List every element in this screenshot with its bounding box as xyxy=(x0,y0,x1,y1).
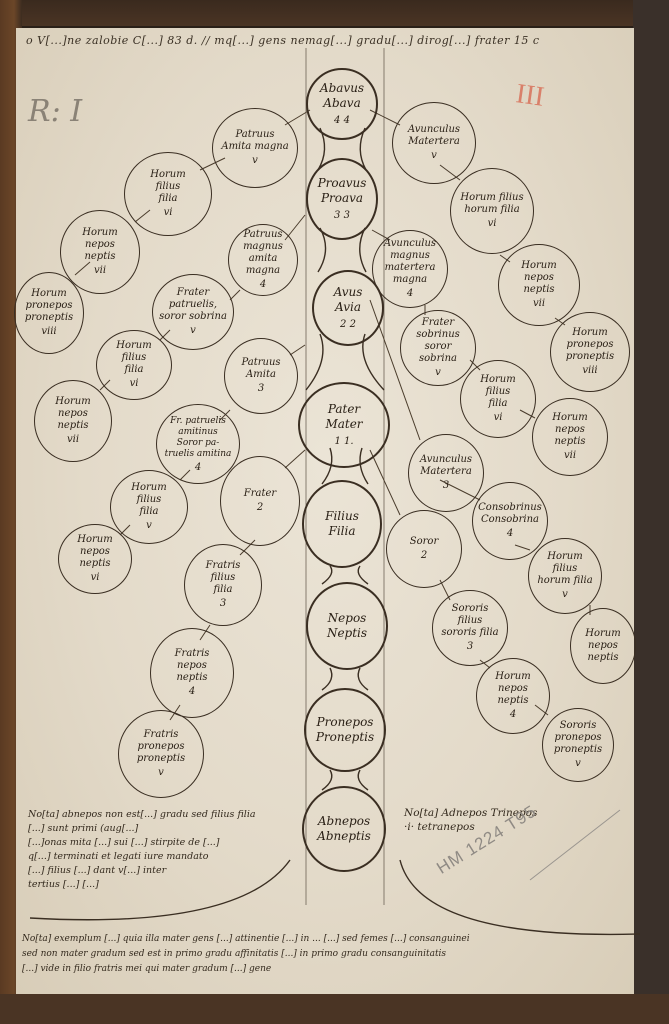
node-label: pronepos xyxy=(554,732,601,744)
node-right-8[interactable]: Avunculus Matertera 3 xyxy=(408,434,484,512)
node-nepos[interactable]: Nepos Neptis xyxy=(306,582,388,670)
degree-number: v xyxy=(158,767,164,779)
degree-number: vi xyxy=(488,218,497,230)
node-label: magna xyxy=(246,265,280,277)
node-label: neptis xyxy=(523,284,554,296)
node-label: horum filia xyxy=(464,204,519,216)
degree-number: vii xyxy=(67,434,79,446)
degree-number: 4 xyxy=(189,686,195,698)
degree-number: vi xyxy=(494,412,503,424)
degree-number: vii xyxy=(94,265,106,277)
node-label: Horum filius xyxy=(460,192,523,204)
node-abnepos[interactable]: Abnepos Abneptis xyxy=(302,786,386,872)
node-label: Proneptis xyxy=(316,730,374,745)
node-label: Abava xyxy=(323,96,360,111)
node-label: Abneptis xyxy=(317,829,371,844)
degree-number: 4 xyxy=(507,528,513,540)
note-line: q[...] terminati et legati iure mandato xyxy=(28,850,298,864)
node-label: neptis xyxy=(57,420,88,432)
node-label: Frater xyxy=(244,488,276,500)
degree-number: v xyxy=(562,589,568,601)
note-line: [...]onas mita [...] sui [...] stirpite … xyxy=(28,836,298,850)
node-label: Matertera xyxy=(420,466,472,478)
node-label: filius xyxy=(122,352,147,364)
node-right-7[interactable]: Horum nepos neptis vii xyxy=(532,398,608,476)
node-label: Abnepos xyxy=(318,814,370,829)
node-label: filius xyxy=(553,563,578,575)
node-label: Amita xyxy=(246,369,276,381)
node-label: nepos xyxy=(555,424,585,436)
node-label: sobrina xyxy=(419,353,457,365)
degree-number: 3 xyxy=(220,598,226,610)
node-label: Avunculus xyxy=(384,238,436,250)
node-label: Fratris xyxy=(144,729,179,741)
node-proavus[interactable]: Proavus Proava 3 3 xyxy=(306,158,378,240)
node-label: filia xyxy=(213,584,232,596)
node-label: Soror xyxy=(410,536,438,548)
node-label: Horum xyxy=(547,551,582,563)
node-right-3[interactable]: Horum pronepos proneptis viii xyxy=(550,312,630,392)
node-label: Sororis xyxy=(560,720,597,732)
node-label: pronepos xyxy=(137,741,184,753)
node-right-6[interactable]: Horum filius filia vi xyxy=(460,360,536,438)
node-left-6[interactable]: Horum filius filia vi xyxy=(96,330,172,400)
note-line: tertius [...] [...] xyxy=(28,878,298,892)
node-label: nepos xyxy=(588,640,618,652)
node-label: filius xyxy=(211,572,236,584)
node-label: Patruus xyxy=(243,229,282,241)
note-line: sed non mater gradum sed est in primo gr… xyxy=(22,947,638,962)
node-label: Amita magna xyxy=(221,141,288,153)
node-left-13[interactable]: Fratris filius filia 3 xyxy=(184,544,262,626)
node-label: Horum xyxy=(480,374,515,386)
node-label: filius xyxy=(156,181,181,193)
note-line: [...] filius [...] dant v[...] inter xyxy=(28,864,298,878)
node-label: filia xyxy=(488,398,507,410)
node-label: filius xyxy=(486,386,511,398)
node-left-14[interactable]: Fratris nepos neptis 4 xyxy=(150,628,234,718)
degree-number: 2 xyxy=(257,502,263,514)
degree-number: v xyxy=(146,520,152,532)
node-label: neptis xyxy=(587,652,618,664)
node-label: Horum xyxy=(521,260,556,272)
node-label: truelis amitina xyxy=(165,449,232,460)
node-label: Neptis xyxy=(327,626,367,641)
node-label: proneptis xyxy=(554,744,602,756)
node-label: amita xyxy=(249,253,278,265)
node-label: filius xyxy=(458,615,483,627)
node-left-15[interactable]: Fratris pronepos proneptis v xyxy=(118,710,204,798)
node-right-14[interactable]: Horum nepos neptis 4 xyxy=(476,658,550,734)
degree-number: 2 xyxy=(421,550,427,562)
node-left-12[interactable]: Frater 2 xyxy=(220,456,300,546)
node-left-1[interactable]: Horum filius filia vi xyxy=(124,152,212,236)
node-label: neptis xyxy=(554,436,585,448)
node-label: pronepos xyxy=(25,300,72,312)
node-label: Horum xyxy=(131,482,166,494)
node-label: Frater xyxy=(177,287,209,299)
degree-number: viii xyxy=(582,365,597,377)
node-label: amitinus xyxy=(178,427,218,438)
node-label: Matertera xyxy=(408,136,460,148)
node-label: Horum xyxy=(495,671,530,683)
node-label: Sororis xyxy=(452,603,489,615)
node-label: filia xyxy=(124,364,143,376)
node-label: Avus xyxy=(334,285,363,300)
node-label: Horum xyxy=(116,340,151,352)
degree-number: 3 3 xyxy=(334,208,350,223)
note-line: [...] sunt primi (aug[...] xyxy=(28,822,298,836)
node-label: Horum xyxy=(552,412,587,424)
node-label: Fr. patruelis xyxy=(170,416,226,427)
note-line: [...] vide in filio fratris mei qui mate… xyxy=(22,962,638,977)
node-label: Fratris xyxy=(206,560,241,572)
node-label: Soror pa- xyxy=(177,438,220,449)
node-label: nepos xyxy=(498,683,528,695)
node-label: Horum xyxy=(150,169,185,181)
node-right-4[interactable]: Avunculus magnus matertera magna 4 xyxy=(372,230,448,308)
node-label: neptis xyxy=(497,695,528,707)
node-pater[interactable]: Pater Mater 1 1. xyxy=(298,382,390,468)
node-label: nepos xyxy=(524,272,554,284)
node-abavus[interactable]: Abavus Abava 4 4 xyxy=(306,68,378,140)
node-label: Fratris xyxy=(175,648,210,660)
node-right-0[interactable]: Avunculus Matertera v xyxy=(392,102,476,184)
node-label: filius xyxy=(137,494,162,506)
node-label: Frater xyxy=(422,317,454,329)
node-left-11[interactable]: Horum nepos neptis vi xyxy=(58,524,132,594)
degree-number: vi xyxy=(164,207,173,219)
node-right-12[interactable]: Soror 2 xyxy=(386,510,462,588)
degree-number: vi xyxy=(130,378,139,390)
node-label: Horum xyxy=(31,288,66,300)
node-label: neptis xyxy=(84,251,115,263)
degree-number: 4 xyxy=(510,709,516,721)
degree-number: v xyxy=(190,325,196,337)
degree-number: viii xyxy=(41,326,56,338)
degree-number: 3 xyxy=(258,383,264,395)
node-label: magnus xyxy=(243,241,283,253)
node-label: Proavus xyxy=(318,176,367,191)
node-filius[interactable]: Filius Filia xyxy=(302,480,382,568)
node-label: Filia xyxy=(329,524,356,539)
degree-number: 4 xyxy=(260,279,266,291)
node-label: Consobrinus xyxy=(478,502,542,514)
node-label: Proava xyxy=(321,191,363,206)
degree-number: v xyxy=(575,758,581,770)
degree-number: v xyxy=(435,367,441,379)
node-label: proneptis xyxy=(25,312,73,324)
node-label: Consobrina xyxy=(481,514,539,526)
node-label: nepos xyxy=(85,239,115,251)
node-label: magnus xyxy=(390,250,430,262)
node-label: Pronepos xyxy=(317,715,374,730)
node-label: Horum xyxy=(82,227,117,239)
node-label: filia xyxy=(139,506,158,518)
node-right-1[interactable]: Horum filius horum filia vi xyxy=(450,168,534,254)
node-right-13[interactable]: Sororis filius sororis filia 3 xyxy=(432,590,508,666)
node-label: neptis xyxy=(176,672,207,684)
node-label: Horum xyxy=(77,534,112,546)
node-right-2[interactable]: Horum nepos neptis vii xyxy=(498,244,580,326)
node-label: pronepos xyxy=(566,339,613,351)
degree-number: 3 xyxy=(467,641,473,653)
node-left-0[interactable]: Patruus Amita magna v xyxy=(212,108,298,188)
degree-number: v xyxy=(252,155,258,167)
degree-number: v xyxy=(431,150,437,162)
node-right-15[interactable]: Sororis pronepos proneptis v xyxy=(542,708,614,782)
node-label: proneptis xyxy=(137,753,185,765)
node-left-9[interactable]: Fr. patruelis amitinus Soror pa- truelis… xyxy=(156,404,240,484)
node-label: Pater xyxy=(328,402,360,417)
node-label: sororis filia xyxy=(441,627,498,639)
node-label: nepos xyxy=(80,546,110,558)
node-label: Horum xyxy=(572,327,607,339)
node-label: nepos xyxy=(58,408,88,420)
node-label: Avia xyxy=(335,300,361,315)
node-label: matertera xyxy=(385,262,436,274)
node-label: magna xyxy=(393,274,427,286)
node-label: soror sobrina xyxy=(159,311,227,323)
node-right-5[interactable]: Frater sobrinus soror sobrina v xyxy=(400,310,476,386)
degree-number: 3 xyxy=(443,480,449,492)
node-left-8[interactable]: Patruus Amita 3 xyxy=(224,338,298,414)
degree-number: 4 4 xyxy=(334,113,350,128)
node-left-7[interactable]: Horum nepos neptis vii xyxy=(34,380,112,462)
node-pronepos[interactable]: Pronepos Proneptis xyxy=(304,688,386,772)
node-left-10[interactable]: Horum filius filia v xyxy=(110,470,188,544)
note-left: No[ta] abnepos non est[...] gradu sed fi… xyxy=(28,808,298,892)
note-line: No[ta] exemplum [...] quia illa mater ge… xyxy=(22,932,638,947)
node-right-9[interactable]: Consobrinus Consobrina 4 xyxy=(472,482,548,560)
node-label: Avunculus xyxy=(420,454,472,466)
node-label: Patruus xyxy=(235,129,274,141)
degree-number: vi xyxy=(91,572,100,584)
node-label: horum filia xyxy=(537,575,592,587)
degree-number: 2 2 xyxy=(340,317,356,332)
note-bottom: No[ta] exemplum [...] quia illa mater ge… xyxy=(22,932,638,977)
degree-number: 4 xyxy=(407,288,413,300)
node-label: Nepos xyxy=(328,611,367,626)
node-label: Avunculus xyxy=(408,124,460,136)
node-left-4[interactable]: Patruus magnus amita magna 4 xyxy=(228,224,298,296)
note-line: No[ta] abnepos non est[...] gradu sed fi… xyxy=(28,808,298,822)
node-label: Patruus xyxy=(241,357,280,369)
node-left-5[interactable]: Frater patruelis, soror sobrina v xyxy=(152,274,234,350)
degree-number: vii xyxy=(564,450,576,462)
node-label: neptis xyxy=(79,558,110,570)
node-label: Mater xyxy=(325,417,362,432)
node-label: proneptis xyxy=(566,351,614,363)
node-label: filia xyxy=(158,193,177,205)
node-right-10[interactable]: Horum filius horum filia v xyxy=(528,538,602,614)
degree-number: 1 1. xyxy=(334,434,353,449)
degree-number: 4 xyxy=(195,462,201,473)
node-right-11[interactable]: Horum nepos neptis xyxy=(570,608,636,684)
node-label: Horum xyxy=(55,396,90,408)
node-label: soror xyxy=(425,341,452,353)
degree-number: vii xyxy=(533,298,545,310)
node-label: Abavus xyxy=(320,81,364,96)
node-label: nepos xyxy=(177,660,207,672)
node-left-3[interactable]: Horum pronepos proneptis viii xyxy=(14,272,84,354)
node-label: Filius xyxy=(325,509,359,524)
node-label: sobrinus xyxy=(416,329,460,341)
node-label: Horum xyxy=(585,628,620,640)
node-label: patruelis, xyxy=(169,299,217,311)
